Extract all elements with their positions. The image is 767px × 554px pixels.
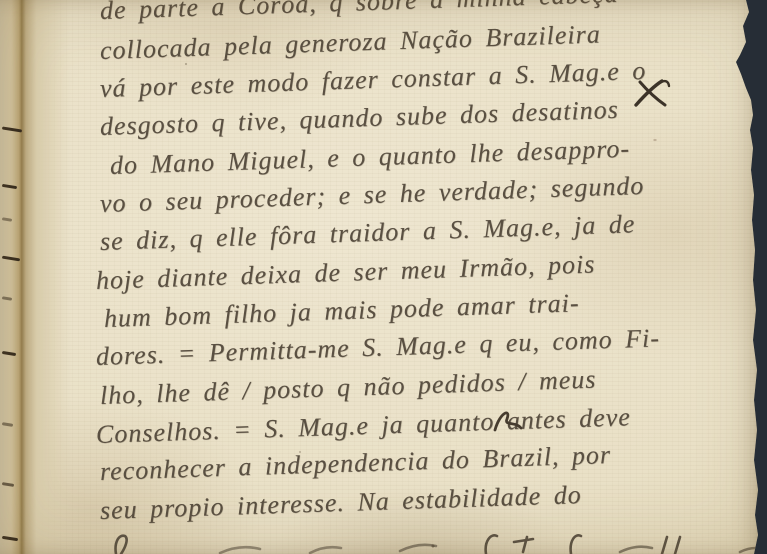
scanned-page-backing: de parte a Corôa, q sobre a minha cabeça… (0, 0, 767, 554)
manuscript-paper: de parte a Corôa, q sobre a minha cabeça… (0, 0, 767, 554)
manuscript-text: de parte a Corôa, q sobre a minha cabeça… (0, 0, 767, 554)
